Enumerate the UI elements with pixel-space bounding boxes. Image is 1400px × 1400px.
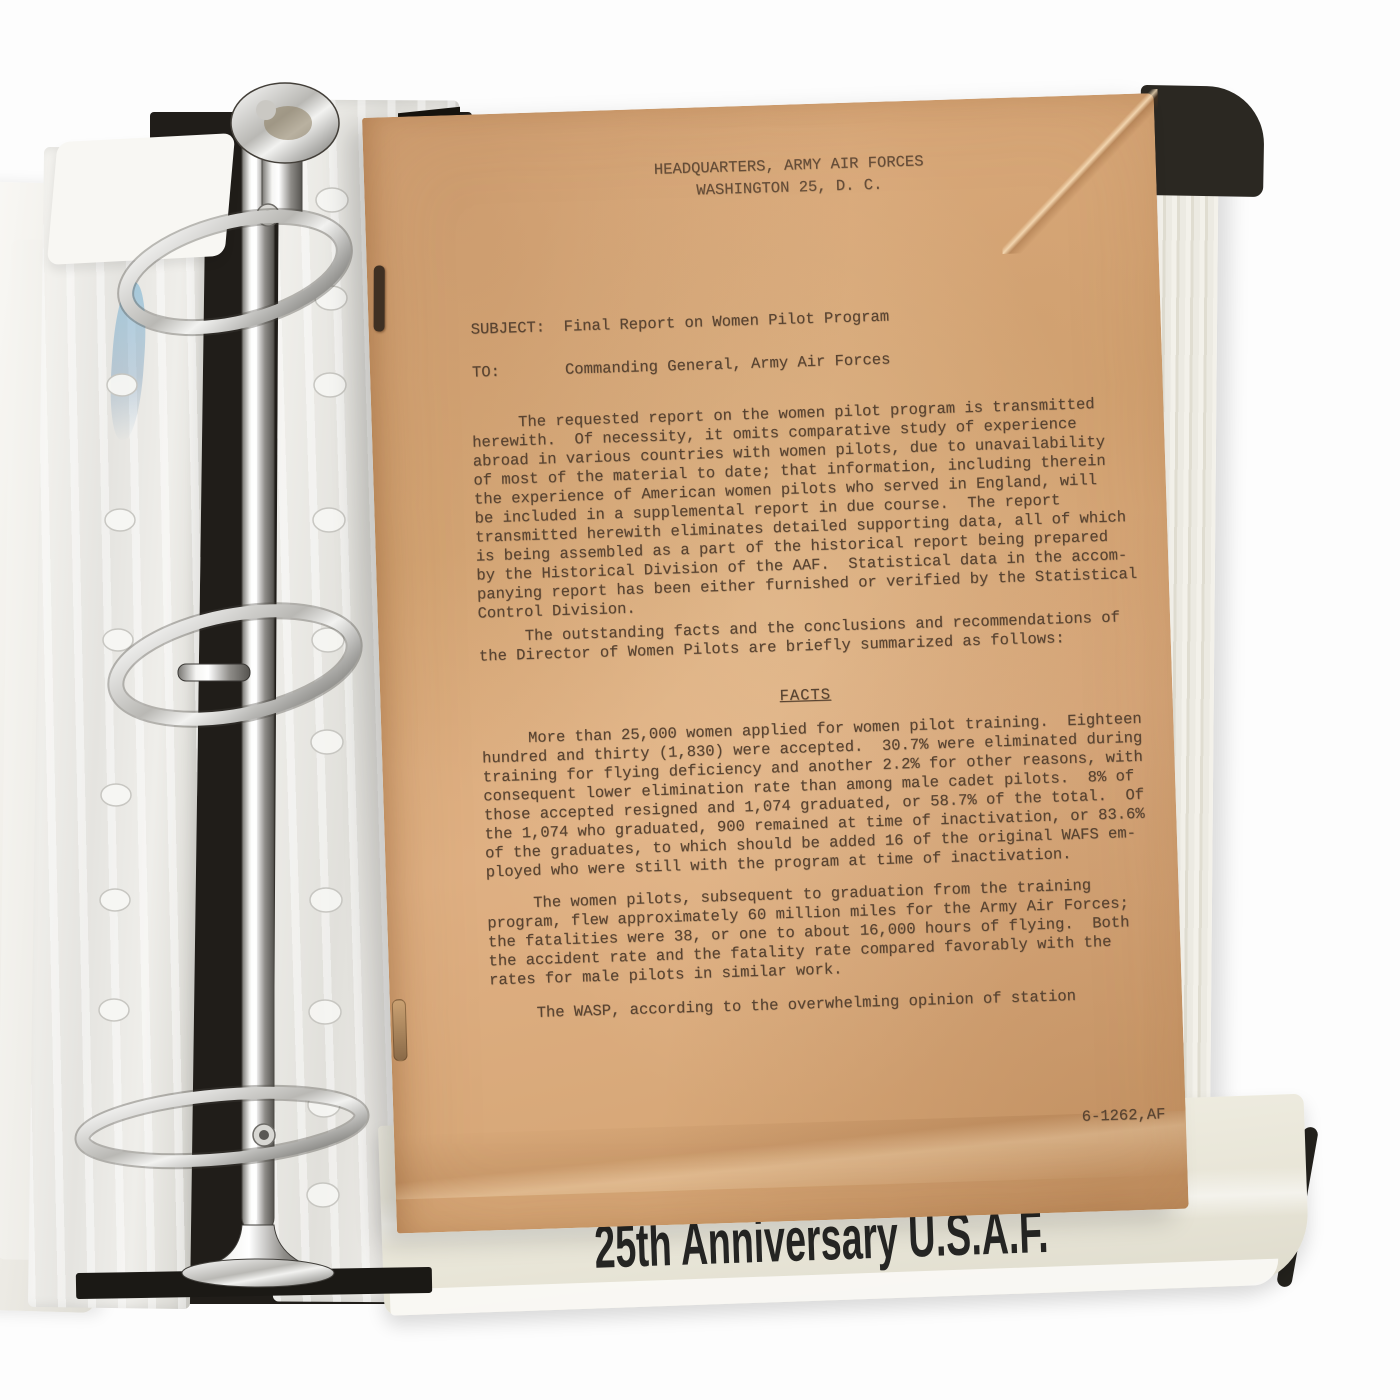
subject-line: SUBJECT:Final Report on Women Pilot Prog…	[470, 308, 889, 340]
to-value: Commanding General, Army Air Forces	[565, 351, 891, 379]
paragraph-4: The women pilots, subsequent to graduati…	[486, 875, 1130, 990]
to-label: TO:	[472, 361, 566, 383]
paper-wrinkle	[394, 1111, 1188, 1200]
report-page: HEADQUARTERS, ARMY AIR FORCES WASHINGTON…	[362, 93, 1189, 1233]
binder-photo: 25th Anniversary U.S.A.F.	[0, 0, 1400, 1400]
page-code: 6-1262,AF	[1081, 1105, 1165, 1127]
staple-bottom	[392, 999, 408, 1061]
facts-heading: FACTS	[485, 676, 1125, 715]
subject-label: SUBJECT:	[470, 318, 564, 340]
binder-ring-bottom	[80, 1083, 365, 1171]
staple-top	[374, 266, 385, 332]
paragraph-5: The WASP, according to the overwhelming …	[490, 987, 1076, 1024]
subject-value: Final Report on Women Pilot Program	[563, 308, 889, 336]
paragraph-1: The requested report on the women pilot …	[471, 394, 1138, 624]
paragraph-3: More than 25,000 women applied for women…	[481, 710, 1146, 883]
binder-ring-top	[114, 196, 356, 347]
to-line: TO:Commanding General, Army Air Forces	[472, 351, 891, 383]
